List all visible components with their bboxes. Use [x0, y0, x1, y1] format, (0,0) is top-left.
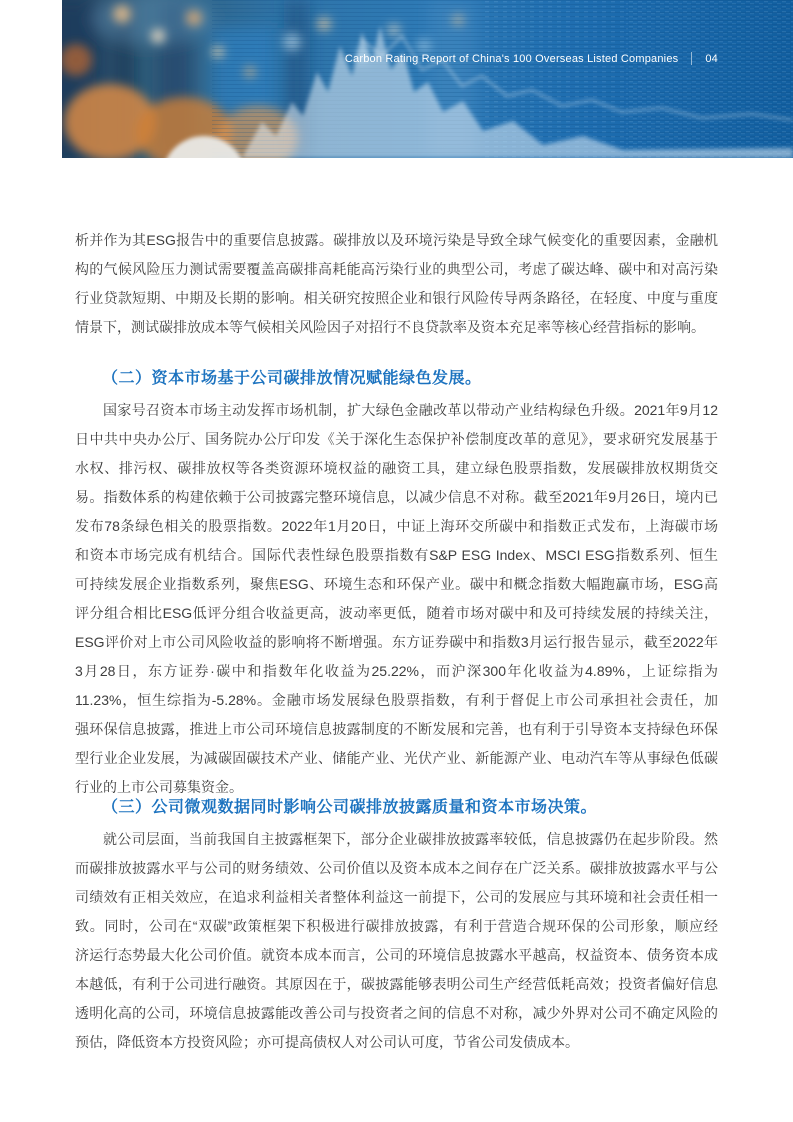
text-line: ESG评价对上市公司风险收益的影响将不断增强。东方证券碳中和指数3月运行报告显示… — [75, 628, 718, 657]
text-line: 型行业企业发展，为减碳固碳技术产业、储能产业、光伏产业、新能源产业、电动汽车等从… — [75, 744, 718, 773]
section-heading-3: （三）公司微观数据同时影响公司碳排放披露质量和资本市场决策。 — [75, 796, 745, 820]
text-line: 易。指数体系的构建依赖于公司披露完整环境信息，以减少信息不对称。截至2021年9… — [75, 483, 718, 512]
text-line: 3月28日，东方证券·碳中和指数年化收益为25.22%，而沪深300年化收益为4… — [75, 657, 718, 686]
text-line: 行业贷款短期、中期及长期的影响。相关研究按照企业和银行风险传导两条路径，在轻度、… — [75, 284, 718, 313]
body-paragraph-1: 析并作为其ESG报告中的重要信息披露。碳排放以及环境污染是导致全球气候变化的重要… — [75, 226, 718, 342]
text-line: 济运行态势最大化公司价值。就资本成本而言，公司的环境信息披露水平越高，权益资本、… — [75, 941, 718, 970]
text-line: 透明化高的公司，环境信息披露能改善公司与投资者之间的信息不对称，减少外界对公司不… — [75, 999, 718, 1028]
text-line: 预估，降低资本方投资风险；亦可提高债权人对公司认可度，节省公司发债成本。 — [75, 1028, 718, 1057]
text-line: 和资本市场完成有机结合。国际代表性绿色股票指数有S&P ESG Index、MS… — [75, 541, 718, 570]
document-body: 析并作为其ESG报告中的重要信息披露。碳排放以及环境污染是导致全球气候变化的重要… — [75, 0, 718, 1122]
text-line: 情景下，测试碳排放成本等气候相关风险因子对招行不良贷款率及资本充足率等核心经营指… — [75, 313, 718, 342]
report-page: Carbon Rating Report of China's 100 Over… — [0, 0, 793, 1122]
body-paragraph-3: 就公司层面，当前我国自主披露框架下，部分企业碳排放披露率较低，信息披露仍在起步阶… — [75, 825, 718, 1057]
section-heading-2: （二）资本市场基于公司碳排放情况赋能绿色发展。 — [75, 367, 745, 391]
text-line: 11.23%，恒生综指为-5.28%。金融市场发展绿色股票指数，有利于督促上市公… — [75, 686, 718, 715]
text-line: 日中共中央办公厅、国务院办公厅印发《关于深化生态保护补偿制度改革的意见》，要求研… — [75, 425, 718, 454]
text-line: 司绩效有正相关效应，在追求利益相关者整体利益这一前提下，公司的发展应与其环境和社… — [75, 883, 718, 912]
text-line: 水权、排污权、碳排放权等各类资源环境权益的融资工具，建立绿色股票指数，发展碳排放… — [75, 454, 718, 483]
text-line: 发布78条绿色相关的股票指数。2022年1月20日，中证上海环交所碳中和指数正式… — [75, 512, 718, 541]
body-paragraph-2: 国家号召资本市场主动发挥市场机制，扩大绿色金融改革以带动产业结构绿色升级。202… — [75, 396, 718, 802]
text-line: 强环保信息披露，推进上市公司环境信息披露制度的不断发展和完善，也有利于引导资本支… — [75, 715, 718, 744]
text-line: 构的气候风险压力测试需要覆盖高碳排高耗能高污染行业的典型公司，考虑了碳达峰、碳中… — [75, 255, 718, 284]
text-line: 本越低，有利于公司进行融资。其原因在于，碳披露能够表明公司生产经营低耗高效；投资… — [75, 970, 718, 999]
text-line: 国家号召资本市场主动发挥市场机制，扩大绿色金融改革以带动产业结构绿色升级。202… — [75, 396, 718, 425]
text-line: 可持续发展企业指数系列，聚焦ESG、环境生态和环保产业。碳中和概念指数大幅跑赢市… — [75, 570, 718, 599]
text-line: 而碳排放披露水平与公司的财务绩效、公司价值以及资本成本之间存在广泛关系。碳排放披… — [75, 854, 718, 883]
text-line: 就公司层面，当前我国自主披露框架下，部分企业碳排放披露率较低，信息披露仍在起步阶… — [75, 825, 718, 854]
text-line: 致。同时，公司在“双碳”政策框架下积极进行碳排放披露，有利于营造合规环保的公司形… — [75, 912, 718, 941]
text-line: 评分组合相比ESG低评分组合收益更高，波动率更低，随着市场对碳中和及可持续发展的… — [75, 599, 718, 628]
text-line: 析并作为其ESG报告中的重要信息披露。碳排放以及环境污染是导致全球气候变化的重要… — [75, 226, 718, 255]
